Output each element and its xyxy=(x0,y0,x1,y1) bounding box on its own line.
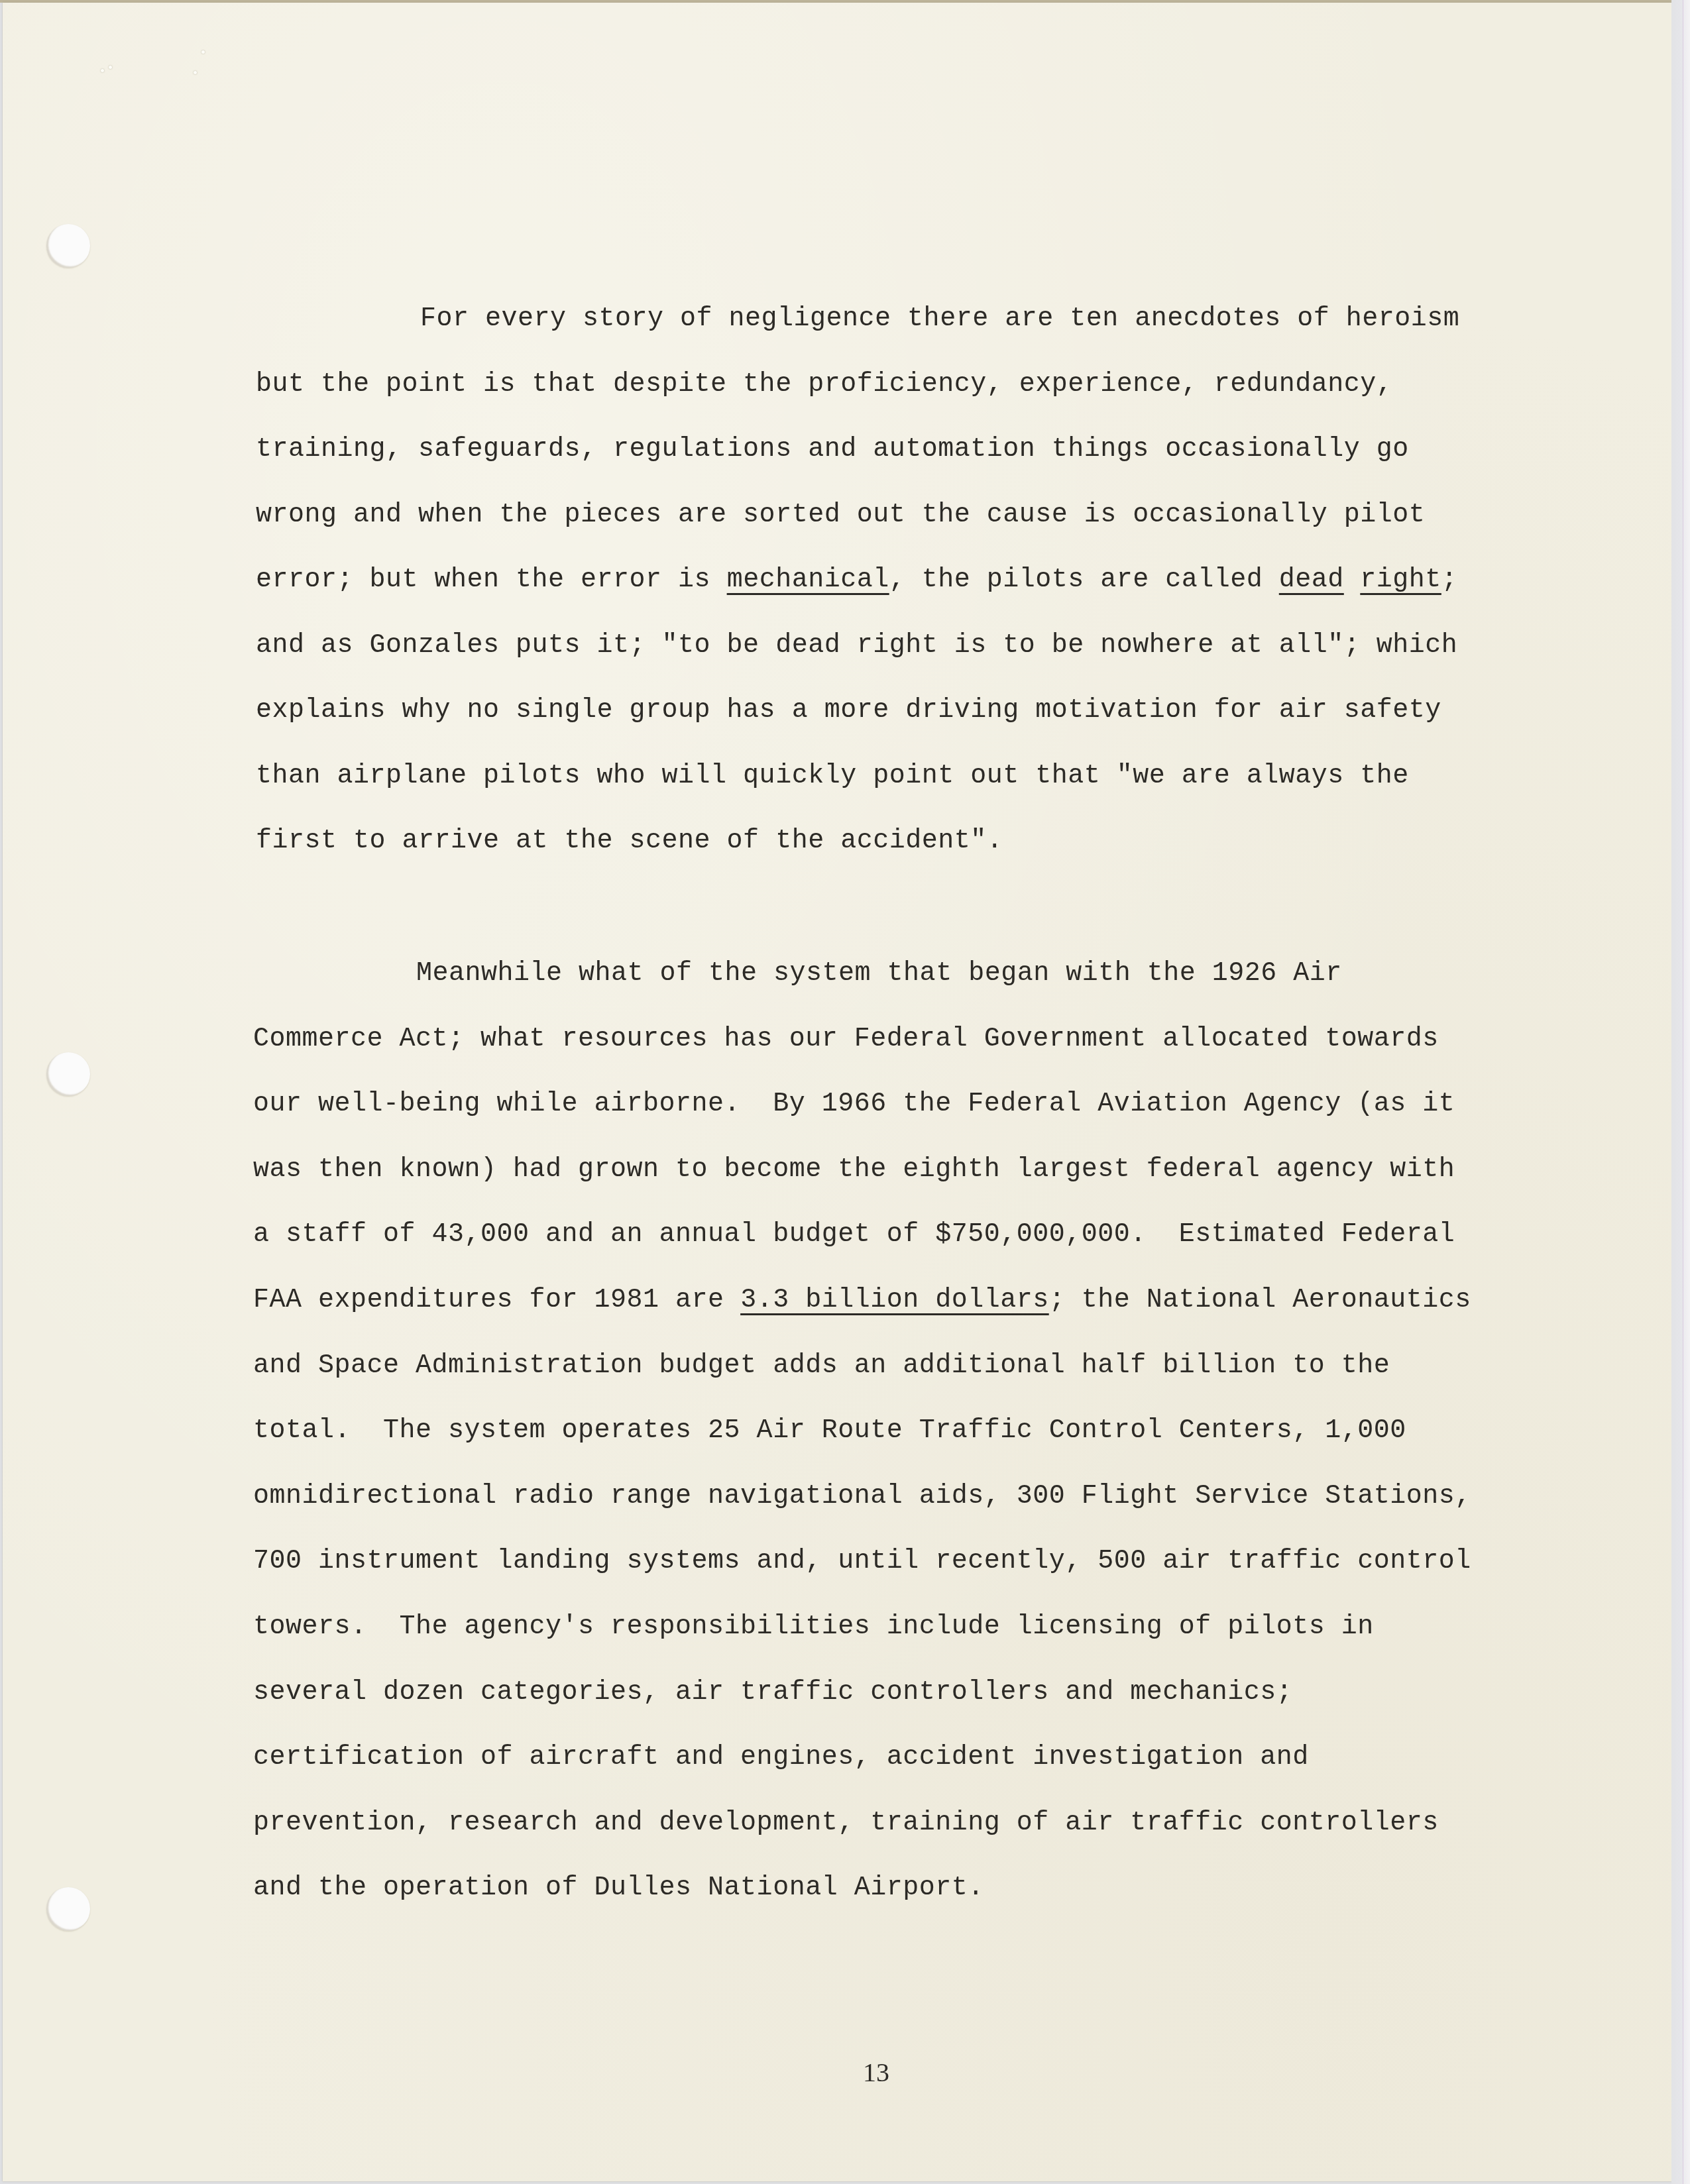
text-segment: ; the National Aeronautics xyxy=(1049,1285,1471,1315)
text-segment: total. The system operates 25 Air Route … xyxy=(253,1416,1406,1446)
text-segment: our well-being while airborne. By 1966 t… xyxy=(253,1089,1455,1119)
text-line: and as Gonzales puts it; "to be dead rig… xyxy=(256,630,1457,662)
text-line: Commerce Act; what resources has our Fed… xyxy=(253,1024,1439,1056)
text-segment: For every story of negligence there are … xyxy=(420,304,1459,334)
underlined-text: mechanical xyxy=(727,565,889,595)
text-line: omnidirectional radio range navigational… xyxy=(253,1481,1471,1513)
underlined-text: dead xyxy=(1279,565,1344,595)
text-line: several dozen categories, air traffic co… xyxy=(253,1677,1292,1709)
text-segment: towers. The agency's responsibilities in… xyxy=(253,1612,1374,1642)
text-line: Meanwhile what of the system that began … xyxy=(416,958,1342,990)
text-line: certification of aircraft and engines, a… xyxy=(253,1742,1309,1774)
text-segment: and as Gonzales puts it; "to be dead rig… xyxy=(256,631,1457,661)
underlined-text: right xyxy=(1360,565,1441,595)
text-line: first to arrive at the scene of the acci… xyxy=(256,826,1003,857)
text-segment: error; but when the error is xyxy=(256,565,727,595)
text-segment: , the pilots are called xyxy=(889,565,1279,595)
text-segment: explains why no single group has a more … xyxy=(256,696,1441,726)
punch-hole-bottom xyxy=(46,1887,90,1931)
paper-right-edge xyxy=(1671,0,1690,2184)
text-line: FAA expenditures for 1981 are 3.3 billio… xyxy=(253,1285,1471,1317)
text-segment: Commerce Act; what resources has our Fed… xyxy=(253,1024,1439,1054)
paper-speck xyxy=(109,66,112,69)
text-segment: training, safeguards, regulations and au… xyxy=(256,435,1409,464)
text-segment: wrong and when the pieces are sorted out… xyxy=(256,500,1425,530)
text-line: and the operation of Dulles National Air… xyxy=(253,1873,984,1904)
text-segment: omnidirectional radio range navigational… xyxy=(253,1482,1471,1511)
text-segment: than airplane pilots who will quickly po… xyxy=(256,761,1409,791)
text-segment: FAA expenditures for 1981 are xyxy=(253,1285,740,1315)
typed-page: For every story of negligence there are … xyxy=(3,3,1671,2181)
text-line: our well-being while airborne. By 1966 t… xyxy=(253,1089,1455,1120)
text-segment: 700 instrument landing systems and, unti… xyxy=(253,1547,1471,1576)
punch-hole-top xyxy=(46,224,90,268)
text-line: prevention, research and development, tr… xyxy=(253,1808,1439,1839)
text-segment: and the operation of Dulles National Air… xyxy=(253,1873,984,1903)
text-line: explains why no single group has a more … xyxy=(256,695,1441,727)
text-line: 700 instrument landing systems and, unti… xyxy=(253,1546,1471,1578)
text-line: total. The system operates 25 Air Route … xyxy=(253,1415,1406,1447)
text-line: towers. The agency's responsibilities in… xyxy=(253,1611,1374,1643)
text-line: error; but when the error is mechanical,… xyxy=(256,565,1457,596)
text-line: and Space Administration budget adds an … xyxy=(253,1350,1390,1382)
text-segment: first to arrive at the scene of the acci… xyxy=(256,826,1003,856)
text-line: than airplane pilots who will quickly po… xyxy=(256,761,1409,792)
text-line: but the point is that despite the profic… xyxy=(256,369,1392,401)
text-segment: was then known) had grown to become the … xyxy=(253,1155,1455,1185)
underlined-text: 3.3 billion dollars xyxy=(740,1285,1049,1315)
text-segment: several dozen categories, air traffic co… xyxy=(253,1678,1292,1708)
text-line: a staff of 43,000 and an annual budget o… xyxy=(253,1219,1455,1251)
punch-hole-middle xyxy=(46,1052,90,1096)
text-segment: and Space Administration budget adds an … xyxy=(253,1351,1390,1381)
text-segment: prevention, research and development, tr… xyxy=(253,1808,1439,1838)
text-segment: certification of aircraft and engines, a… xyxy=(253,1743,1309,1773)
text-line: was then known) had grown to become the … xyxy=(253,1154,1455,1186)
text-segment: Meanwhile what of the system that began … xyxy=(416,959,1342,989)
paper-speck xyxy=(101,69,104,72)
text-line: For every story of negligence there are … xyxy=(420,303,1459,335)
paper-speck xyxy=(194,71,197,74)
text-line: wrong and when the pieces are sorted out… xyxy=(256,500,1425,531)
text-segment: but the point is that despite the profic… xyxy=(256,370,1392,400)
text-line: training, safeguards, regulations and au… xyxy=(256,434,1409,466)
page-number: 13 xyxy=(863,2057,889,2088)
text-segment xyxy=(1344,565,1361,595)
paper-speck xyxy=(201,50,205,54)
text-segment: a staff of 43,000 and an annual budget o… xyxy=(253,1220,1455,1250)
text-segment: ; xyxy=(1441,565,1458,595)
